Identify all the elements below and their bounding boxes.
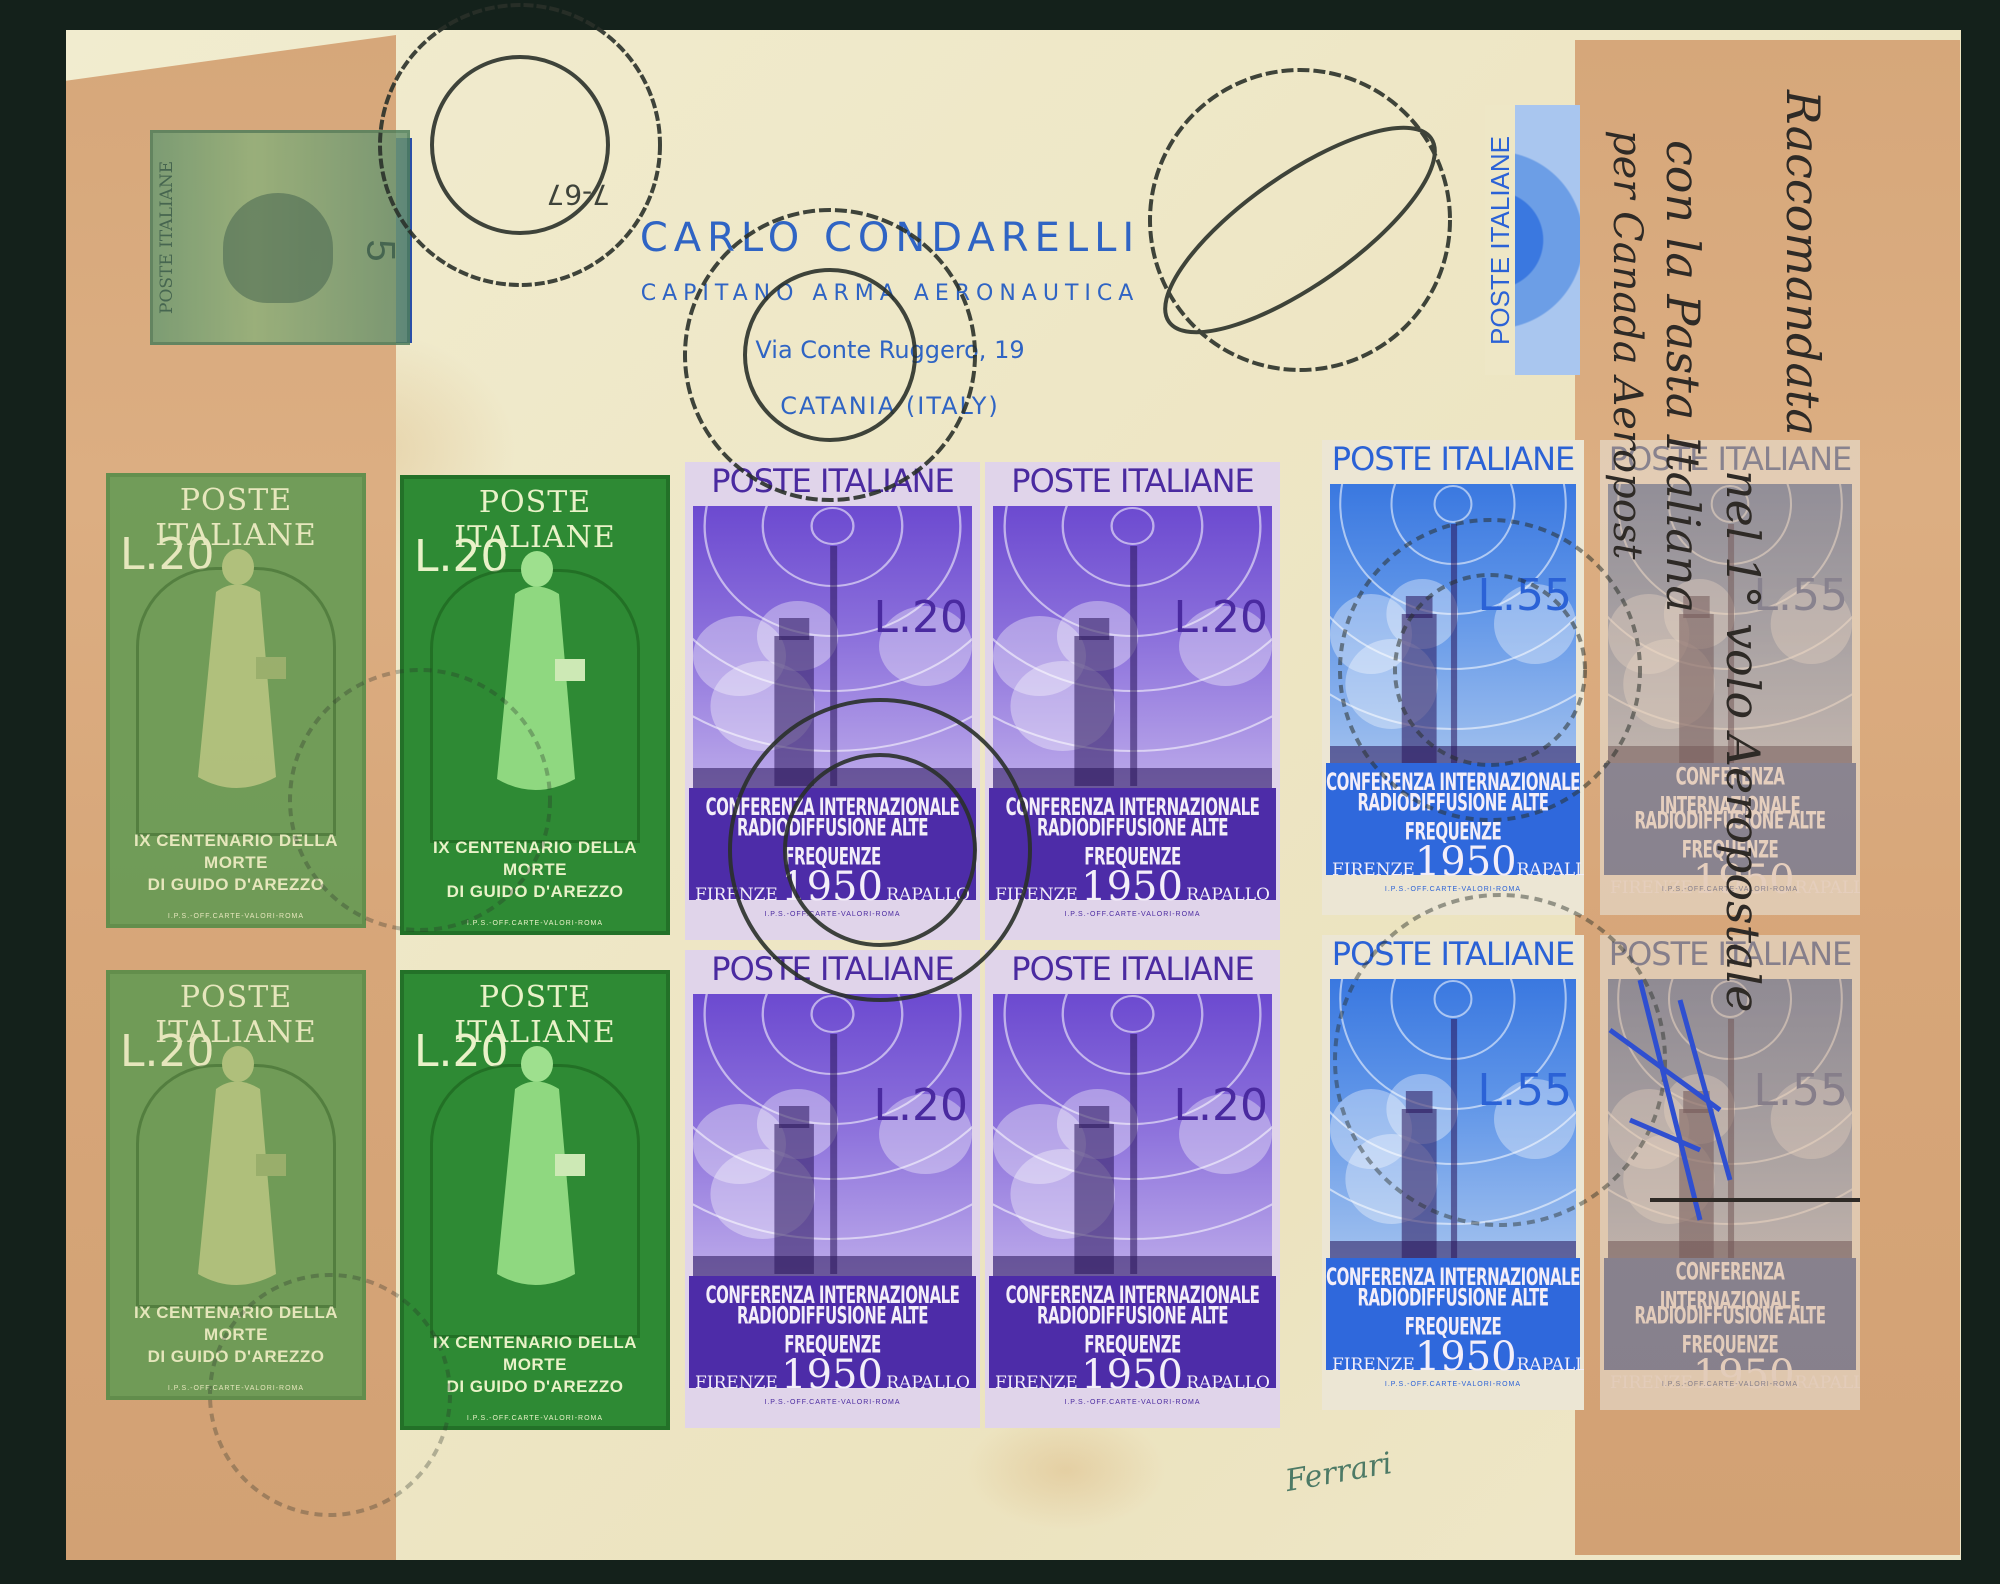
stamp-guido: POSTE ITALIANE L.20 IX CENTENARIO DELLA … (400, 475, 670, 935)
stamp-value: L.20 (1174, 1080, 1269, 1131)
stamp-value: L.55 (1478, 570, 1573, 621)
stamp-sky (693, 994, 972, 1294)
stamp-caption-band: CONFERENZA INTERNAZIONALE RADIODIFFUSION… (689, 788, 976, 900)
radio-waves-icon (1330, 484, 1576, 784)
stamp-sky (1330, 979, 1576, 1279)
stamp-printer: I.P.S.-OFF.CARTE-VALORI-ROMA (110, 913, 362, 920)
stamp-sky (993, 994, 1272, 1294)
stamp-printer: I.P.S.-OFF.CARTE-VALORI-ROMA (985, 911, 1280, 918)
stamp-radio-conference: POSTE ITALIANE L.55 CONFERENZA INTERNAZI… (1322, 440, 1584, 915)
monk-figure-icon (475, 539, 595, 819)
radio-waves-icon (693, 506, 972, 806)
stamp-printer: I.P.S.-OFF.CARTE-VALORI-ROMA (685, 1399, 980, 1406)
monk-figure-icon (176, 537, 296, 817)
stamp-value: L.20 (874, 1080, 969, 1131)
stamp-country: POSTE ITALIANE (685, 462, 980, 500)
stamp-radio-conference: POSTE ITALIANE L.20 CONFERENZA INTERNAZI… (685, 950, 980, 1428)
stamp-value: L.55 (1478, 1065, 1573, 1116)
stamp-sky (693, 506, 972, 806)
stamp-printer: I.P.S.-OFF.CARTE-VALORI-ROMA (1322, 1381, 1584, 1388)
stamp-caption: IX CENTENARIO DELLA MORTEDI GUIDO D'AREZ… (110, 830, 362, 896)
letterhead-street: Via Conte Ruggero, 19 (500, 336, 1280, 364)
stamp-value: L.20 (1174, 592, 1269, 643)
stamp-radio-conference: POSTE ITALIANE L.20 CONFERENZA INTERNAZI… (985, 950, 1280, 1428)
stamp-printer: I.P.S.-OFF.CARTE-VALORI-ROMA (404, 920, 666, 927)
stamp-country: POSTE ITALIANE (157, 143, 183, 332)
stamp-printer: I.P.S.-OFF.CARTE-VALORI-ROMA (1322, 886, 1584, 893)
stamp-figure (223, 193, 333, 303)
stamp-country: POSTE ITALIANE (1322, 440, 1584, 478)
stamp-blue-sideways: POSTE ITALIANE (1485, 105, 1580, 375)
stamp-caption: IX CENTENARIO DELLA MORTEDI GUIDO D'AREZ… (404, 837, 666, 903)
letterhead: CARLO CONDARELLI CAPITANO ARMA AERONAUTI… (500, 215, 1280, 420)
stamp-sky (993, 506, 1272, 806)
handwriting-line: per Canada Aeropost (1604, 130, 1650, 559)
handwriting-line: con la Pasta Italiana (1656, 140, 1710, 613)
stamp-country: POSTE ITALIANE (985, 462, 1280, 500)
stamp-sky (1330, 484, 1576, 784)
stamp-printer: I.P.S.-OFF.CARTE-VALORI-ROMA (404, 1415, 666, 1422)
stamp-country: POSTE ITALIANE (685, 950, 980, 988)
stamp-value: 5 (357, 239, 402, 261)
stamp-guido: POSTE ITALIANE L.20 IX CENTENARIO DELLA … (400, 970, 670, 1430)
handwriting-line: Raccomandata (1776, 90, 1830, 436)
stamp-printer: I.P.S.-OFF.CARTE-VALORI-ROMA (110, 1385, 362, 1392)
stamp-caption-band: CONFERENZA INTERNAZIONALE RADIODIFFUSION… (989, 1276, 1276, 1388)
letterhead-city: CATANIA (ITALY) (500, 392, 1280, 420)
stamp-guido-faded: POSTE ITALIANE L.20 IX CENTENARIO DELLA … (106, 473, 366, 928)
monk-figure-icon (475, 1034, 595, 1314)
radio-waves-icon (693, 994, 972, 1294)
stain (966, 1410, 1166, 1530)
stamp-caption: IX CENTENARIO DELLA MORTEDI GUIDO D'AREZ… (404, 1332, 666, 1398)
stamp-caption-band: CONFERENZA INTERNAZIONALE RADIODIFFUSION… (1604, 1258, 1856, 1370)
stamp-sky (1608, 979, 1852, 1279)
stamp-value: L.55 (1754, 1065, 1849, 1116)
stamp-caption-band: CONFERENZA INTERNAZIONALE RADIODIFFUSION… (989, 788, 1276, 900)
stamp-value: L.20 (874, 592, 969, 643)
stamp-radio-conference: POSTE ITALIANE L.55 CONFERENZA INTERNAZI… (1322, 935, 1584, 1410)
radio-waves-icon (993, 506, 1272, 806)
stamp-5-lire-faded: POSTE ITALIANE 5 (150, 130, 410, 345)
handwriting-line: nel 1° volo Aeropostale (1716, 470, 1770, 1013)
stamp-printer: I.P.S.-OFF.CARTE-VALORI-ROMA (1600, 1381, 1860, 1388)
stamp-radio-conference: POSTE ITALIANE L.20 CONFERENZA INTERNAZI… (685, 462, 980, 940)
letterhead-title: CAPITANO ARMA AERONAUTICA (500, 281, 1280, 306)
stamp-printer: I.P.S.-OFF.CARTE-VALORI-ROMA (685, 911, 980, 918)
letterhead-name: CARLO CONDARELLI (500, 215, 1280, 261)
stamp-guido-faded: POSTE ITALIANE L.20 IX CENTENARIO DELLA … (106, 970, 366, 1400)
monk-figure-icon (176, 1034, 296, 1314)
stamp-printer: I.P.S.-OFF.CARTE-VALORI-ROMA (985, 1399, 1280, 1406)
stamp-caption-band: CONFERENZA INTERNAZIONALE RADIODIFFUSION… (689, 1276, 976, 1388)
radio-waves-icon (1330, 979, 1576, 1279)
stamp-radio-conference: POSTE ITALIANE L.20 CONFERENZA INTERNAZI… (985, 462, 1280, 940)
stamp-country: POSTE ITALIANE (1485, 105, 1515, 375)
stamp-caption-band: CONFERENZA INTERNAZIONALE RADIODIFFUSION… (1326, 763, 1580, 875)
stamp-country: POSTE ITALIANE (985, 950, 1280, 988)
stamp-caption-band: CONFERENZA INTERNAZIONALE RADIODIFFUSION… (1326, 1258, 1580, 1370)
stamp-country: POSTE ITALIANE (1322, 935, 1584, 973)
radio-waves-icon (1608, 979, 1852, 1279)
radio-waves-icon (993, 994, 1272, 1294)
stamp-caption: IX CENTENARIO DELLA MORTEDI GUIDO D'AREZ… (110, 1302, 362, 1368)
